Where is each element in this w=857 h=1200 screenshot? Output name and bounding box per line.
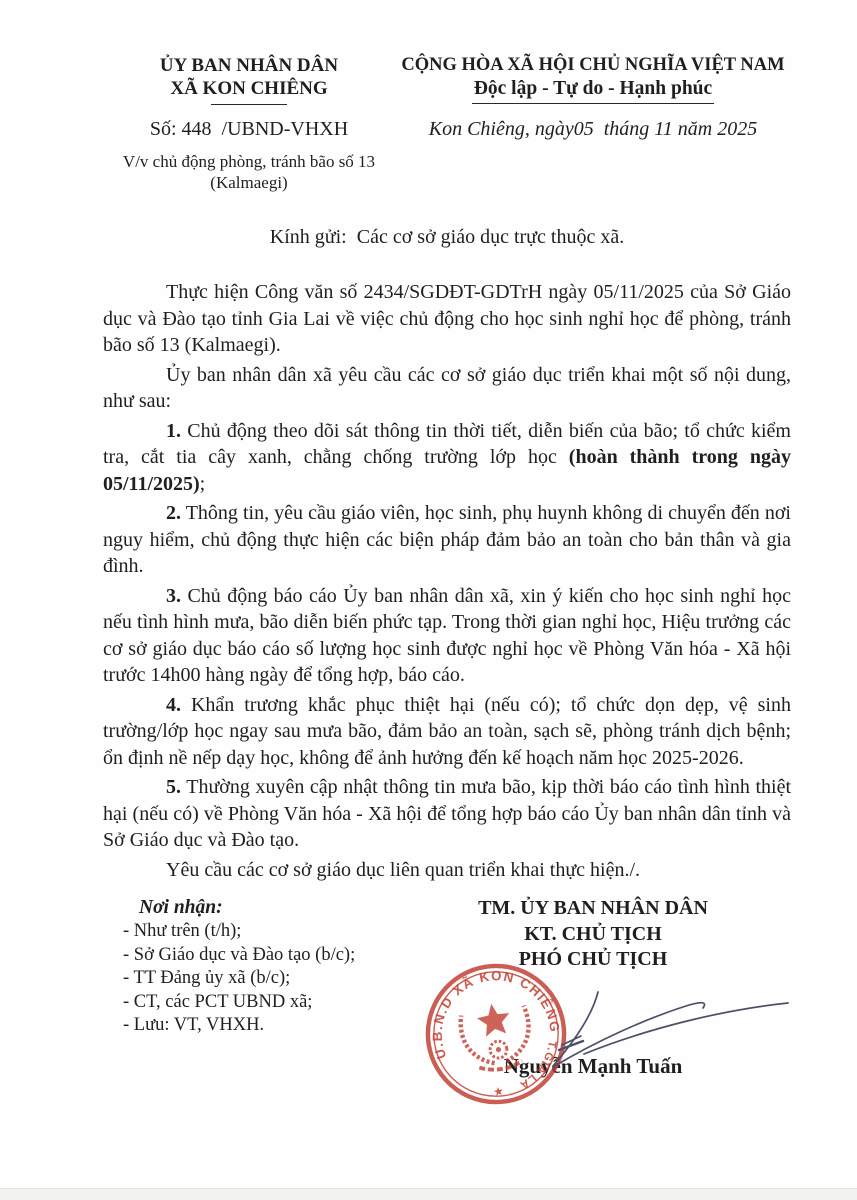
intro-paragraph: Thực hiện Công văn số 2434/SGDĐT-GDTrH n… xyxy=(103,279,791,359)
document-header: ỦY BAN NHÂN DÂN XÃ KON CHIÊNG Số: 448 /U… xyxy=(103,54,791,193)
item-5-number: 5. xyxy=(166,776,181,798)
stamp-national-emblem xyxy=(458,999,535,1075)
item-1-text-after: ; xyxy=(200,473,206,495)
recipient-item: - CT, các PCT UBND xã; xyxy=(123,991,395,1015)
emblem-cog-center xyxy=(496,1047,502,1053)
recipients-title: Nơi nhận: xyxy=(139,896,395,920)
item-5-text: Thường xuyên cập nhật thông tin mưa bão,… xyxy=(103,776,791,851)
numbered-item-2: 2. Thông tin, yêu cầu giáo viên, học sin… xyxy=(103,500,791,580)
item-2-number: 2. xyxy=(166,502,181,524)
request-paragraph: Ủy ban nhân dân xã yêu cầu các cơ sở giá… xyxy=(103,362,791,415)
scan-edge-artifact xyxy=(0,1188,857,1200)
item-3-text: Chủ động báo cáo Ủy ban nhân dân xã, xin… xyxy=(103,585,791,687)
numbered-item-3: 3. Chủ động báo cáo Ủy ban nhân dân xã, … xyxy=(103,583,791,689)
recipient-item: - Như trên (t/h); xyxy=(123,920,395,944)
salutation-line: Kính gửi: Các cơ sở giáo dục trực thuộc … xyxy=(103,224,791,250)
numbered-item-1: 1. Chủ động theo dõi sát thông tin thời … xyxy=(103,418,791,498)
stamp-bottom-star-icon: ★ xyxy=(492,1084,505,1099)
item-4-number: 4. xyxy=(166,694,181,716)
document-content: ỦY BAN NHÂN DÂN XÃ KON CHIÊNG Số: 448 /U… xyxy=(103,54,791,1079)
org-divider-rule xyxy=(211,104,287,105)
document-number: Số: 448 /UBND-VHXH xyxy=(103,117,395,141)
star-icon xyxy=(475,1001,512,1037)
numbered-item-4: 4. Khẩn trương khắc phục thiệt hại (nếu … xyxy=(103,692,791,772)
authority-line2: KT. CHỦ TỊCH xyxy=(395,922,791,948)
document-subject: V/v chủ động phòng, tránh bão số 13 (Kal… xyxy=(103,151,395,193)
scanned-official-document: ỦY BAN NHÂN DÂN XÃ KON CHIÊNG Số: 448 /U… xyxy=(0,0,857,1200)
national-motto: Độc lập - Tự do - Hạnh phúc xyxy=(472,77,714,104)
country-name: CỘNG HÒA XÃ HỘI CHỦ NGHĨA VIỆT NAM xyxy=(395,54,791,77)
subject-line2: (Kalmaegi) xyxy=(210,173,287,192)
subject-line1: V/v chủ động phòng, tránh bão số 13 xyxy=(123,152,375,171)
document-body: Thực hiện Công văn số 2434/SGDĐT-GDTrH n… xyxy=(103,279,791,883)
numbered-item-5: 5. Thường xuyên cập nhật thông tin mưa b… xyxy=(103,774,791,854)
signature-long-stroke xyxy=(584,1003,788,1054)
item-4-text: Khẩn trương khắc phục thiệt hại (nếu có)… xyxy=(103,694,791,769)
place-date-line: Kon Chiêng, ngày05 tháng 11 năm 2025 xyxy=(395,117,791,141)
recipient-item: - TT Đảng ủy xã (b/c); xyxy=(123,967,395,991)
signature-sweep-stroke xyxy=(553,1003,704,1067)
item-2-text: Thông tin, yêu cầu giáo viên, học sinh, … xyxy=(103,502,791,577)
item-1-number: 1. xyxy=(166,420,181,442)
emblem-banner xyxy=(479,1061,523,1073)
authority-line1: TM. ỦY BAN NHÂN DÂN xyxy=(395,896,791,922)
recipient-item: - Lưu: VT, VHXH. xyxy=(123,1014,395,1038)
handwritten-signature xyxy=(526,982,798,1078)
issuing-org-block: ỦY BAN NHÂN DÂN XÃ KON CHIÊNG Số: 448 /U… xyxy=(103,54,395,193)
recipient-item: - Sở Giáo dục và Đào tạo (b/c); xyxy=(123,944,395,968)
item-3-number: 3. xyxy=(166,585,181,607)
org-name-line2: XÃ KON CHIÊNG xyxy=(103,77,395,100)
org-name-line1: ỦY BAN NHÂN DÂN xyxy=(103,54,395,77)
signature-strokes xyxy=(526,982,798,1078)
recipients-block: Nơi nhận: - Như trên (t/h); - Sở Giáo dụ… xyxy=(103,896,395,1079)
closing-line: Yêu cầu các cơ sở giáo dục liên quan tri… xyxy=(103,857,791,884)
national-header-block: CỘNG HÒA XÃ HỘI CHỦ NGHĨA VIỆT NAM Độc l… xyxy=(395,54,791,193)
